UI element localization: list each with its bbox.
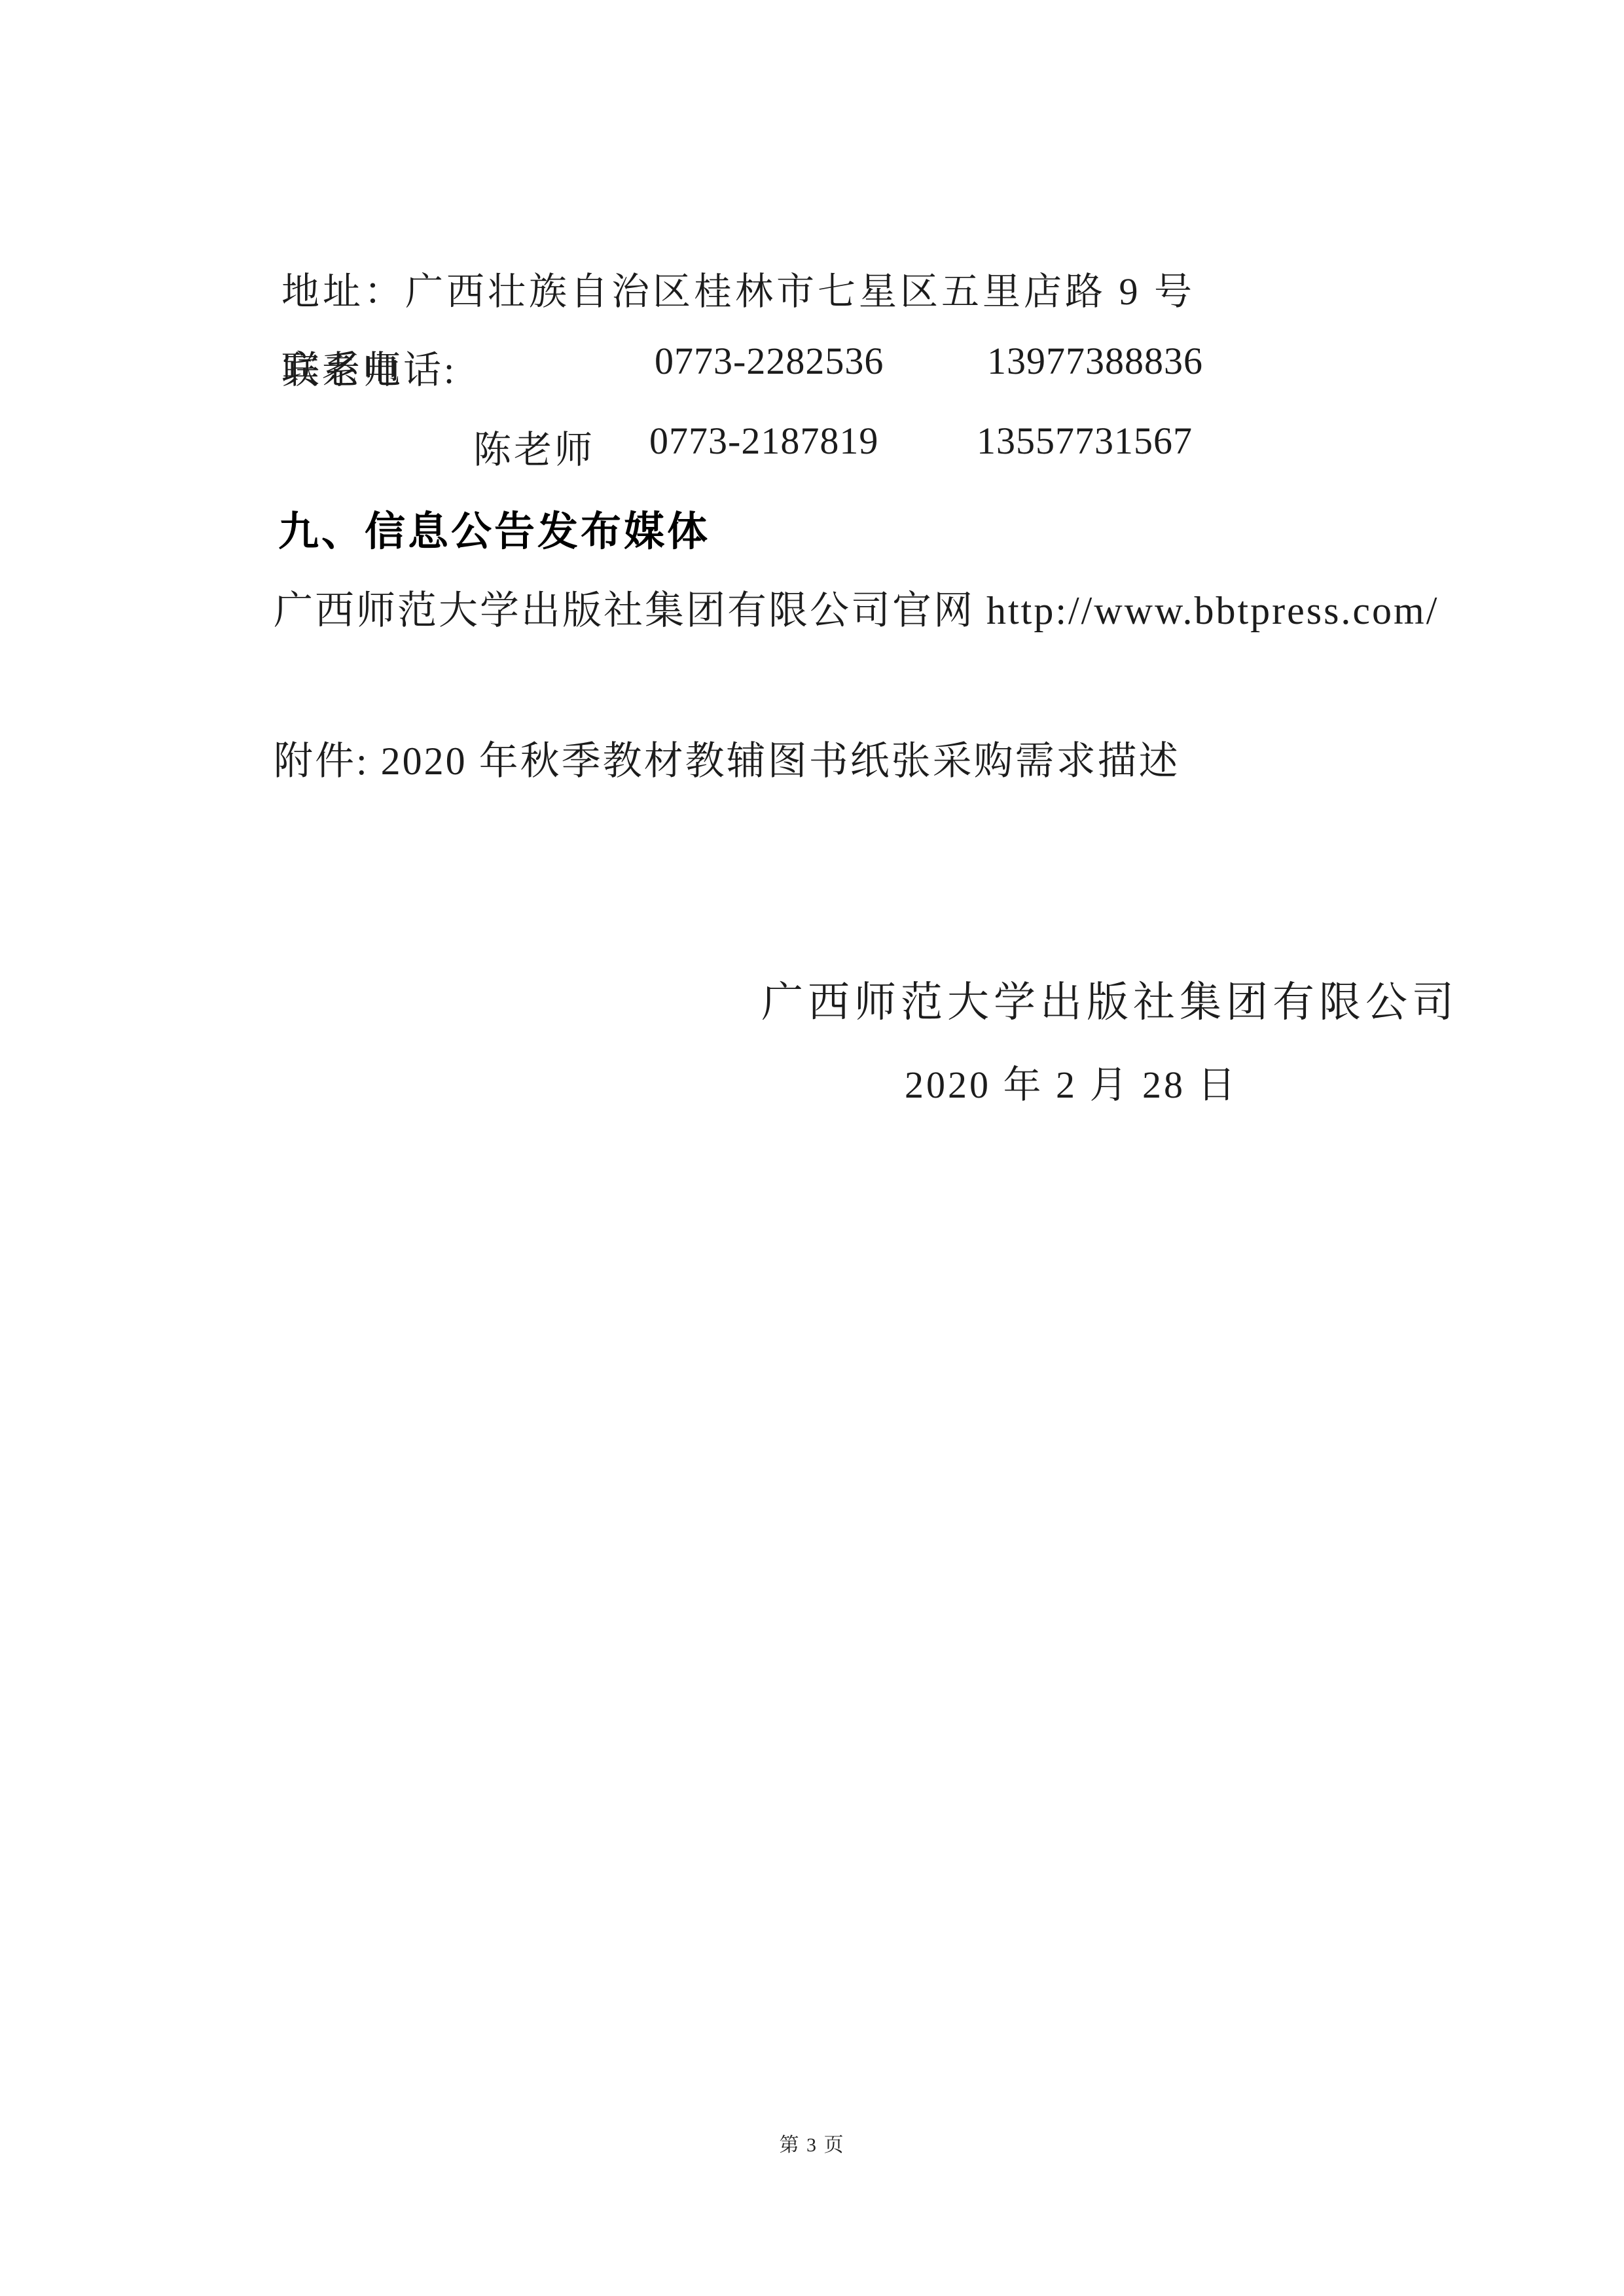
document-page: 地址：广西壮族自治区桂林市七星区五里店路 9 号 联系电话:宾老师 0773-2…	[0, 0, 1624, 2296]
contact-tel-bin: 0773-2282536	[655, 339, 884, 383]
signature-company: 广西师范大学出版社集团有限公司	[761, 969, 1458, 1029]
signature-date: 2020 年 2 月 28 日	[905, 1054, 1238, 1109]
page-number: 第 3 页	[0, 2128, 1624, 2157]
announcement-media-line: 广西师范大学出版社集团有限公司官网 http://www.bbtpress.co…	[274, 579, 1439, 636]
contact-mobile-chen: 13557731567	[977, 419, 1193, 463]
contact-tel-chen: 0773-2187819	[649, 419, 878, 463]
contact-phone-line-1: 联系电话:宾老师 0773-2282536 13977388836	[0, 339, 1624, 391]
contact-person-bin: 宾老师	[281, 339, 403, 394]
attachment-line: 附件: 2020 年秋季教材教辅图书纸张采购需求描述	[274, 730, 1180, 786]
contact-phone-line-2: 陈老师 0773-2187819 13557731567	[0, 419, 1624, 471]
contact-person-chen: 陈老师	[473, 419, 595, 474]
section-heading-9: 九、信息公告发布媒体	[278, 499, 710, 557]
contact-mobile-bin: 13977388836	[987, 339, 1203, 383]
address-line: 地址：广西壮族自治区桂林市七星区五里店路 9 号	[281, 260, 1195, 315]
